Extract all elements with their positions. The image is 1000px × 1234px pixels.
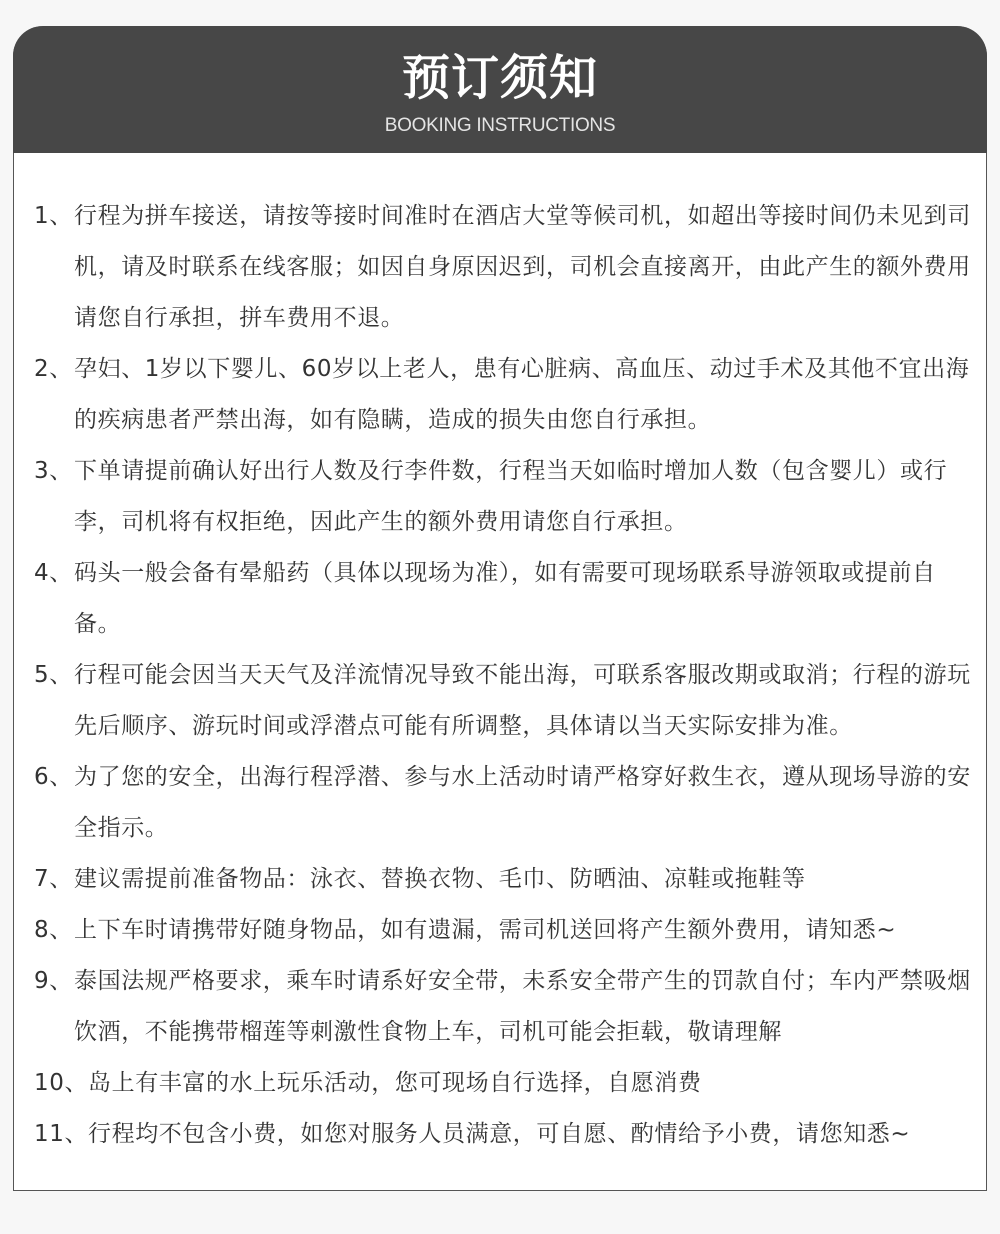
card-header: 预订须知 BOOKING INSTRUCTIONS xyxy=(13,26,987,153)
page-subtitle: BOOKING INSTRUCTIONS xyxy=(13,114,987,138)
rule-item-11: 11、 行程均不包含小费，如您对服务人员满意，可自愿、酌情给予小费，请您知悉~ xyxy=(34,1109,979,1160)
rule-number: 7、 xyxy=(34,854,73,905)
rule-text: 孕妇、1岁以下婴儿、60岁以上老人，患有心脏病、高血压、动过手术及其他不宜出海的… xyxy=(74,344,979,446)
rule-text: 行程可能会因当天天气及洋流情况导致不能出海，可联系客服改期或取消；行程的游玩先后… xyxy=(74,650,979,752)
rule-text: 上下车时请携带好随身物品，如有遗漏，需司机送回将产生额外费用，请知悉~ xyxy=(74,905,979,956)
rule-text: 行程均不包含小费，如您对服务人员满意，可自愿、酌情给予小费，请您知悉~ xyxy=(88,1109,979,1160)
rule-text: 为了您的安全，出海行程浮潜、参与水上活动时请严格穿好救生衣，遵从现场导游的安全指… xyxy=(74,752,979,854)
rule-item-7: 7、 建议需提前准备物品：泳衣、替换衣物、毛巾、防晒油、凉鞋或拖鞋等 xyxy=(34,854,979,905)
rule-number: 8、 xyxy=(34,905,73,956)
rule-number: 9、 xyxy=(34,956,73,1007)
rule-text: 码头一般会备有晕船药（具体以现场为准），如有需要可现场联系导游领取或提前自备。 xyxy=(74,548,979,650)
rule-text: 泰国法规严格要求，乘车时请系好安全带，未系安全带产生的罚款自付；车内严禁吸烟饮酒… xyxy=(74,956,979,1058)
rule-number: 2、 xyxy=(34,344,73,395)
rule-item-8: 8、 上下车时请携带好随身物品，如有遗漏，需司机送回将产生额外费用，请知悉~ xyxy=(34,905,979,956)
rule-item-6: 6、 为了您的安全，出海行程浮潜、参与水上活动时请严格穿好救生衣，遵从现场导游的… xyxy=(34,752,979,854)
rule-text: 岛上有丰富的水上玩乐活动，您可现场自行选择，自愿消费 xyxy=(88,1058,979,1109)
rule-number: 11、 xyxy=(34,1109,88,1160)
rule-number: 6、 xyxy=(34,752,73,803)
rules-list: 1、 行程为拼车接送，请按等接时间准时在酒店大堂等候司机，如超出等接时间仍未见到… xyxy=(34,191,979,1160)
rule-item-5: 5、 行程可能会因当天天气及洋流情况导致不能出海，可联系客服改期或取消；行程的游… xyxy=(34,650,979,752)
rule-item-1: 1、 行程为拼车接送，请按等接时间准时在酒店大堂等候司机，如超出等接时间仍未见到… xyxy=(34,191,979,344)
rule-number: 3、 xyxy=(34,446,73,497)
rule-text: 建议需提前准备物品：泳衣、替换衣物、毛巾、防晒油、凉鞋或拖鞋等 xyxy=(74,854,979,905)
rule-item-4: 4、 码头一般会备有晕船药（具体以现场为准），如有需要可现场联系导游领取或提前自… xyxy=(34,548,979,650)
page-title: 预订须知 xyxy=(13,50,987,106)
rule-item-2: 2、 孕妇、1岁以下婴儿、60岁以上老人，患有心脏病、高血压、动过手术及其他不宜… xyxy=(34,344,979,446)
rule-item-9: 9、 泰国法规严格要求，乘车时请系好安全带，未系安全带产生的罚款自付；车内严禁吸… xyxy=(34,956,979,1058)
rule-text: 行程为拼车接送，请按等接时间准时在酒店大堂等候司机，如超出等接时间仍未见到司机，… xyxy=(74,191,979,344)
rule-number: 4、 xyxy=(34,548,73,599)
rule-number: 10、 xyxy=(34,1058,88,1109)
rule-number: 1、 xyxy=(34,191,73,242)
booking-instructions-card: 预订须知 BOOKING INSTRUCTIONS 1、 行程为拼车接送，请按等… xyxy=(13,26,987,1191)
rule-text: 下单请提前确认好出行人数及行李件数，行程当天如临时增加人数（包含婴儿）或行李，司… xyxy=(74,446,979,548)
rule-number: 5、 xyxy=(34,650,73,701)
rule-item-3: 3、 下单请提前确认好出行人数及行李件数，行程当天如临时增加人数（包含婴儿）或行… xyxy=(34,446,979,548)
rule-item-10: 10、 岛上有丰富的水上玩乐活动，您可现场自行选择，自愿消费 xyxy=(34,1058,979,1109)
